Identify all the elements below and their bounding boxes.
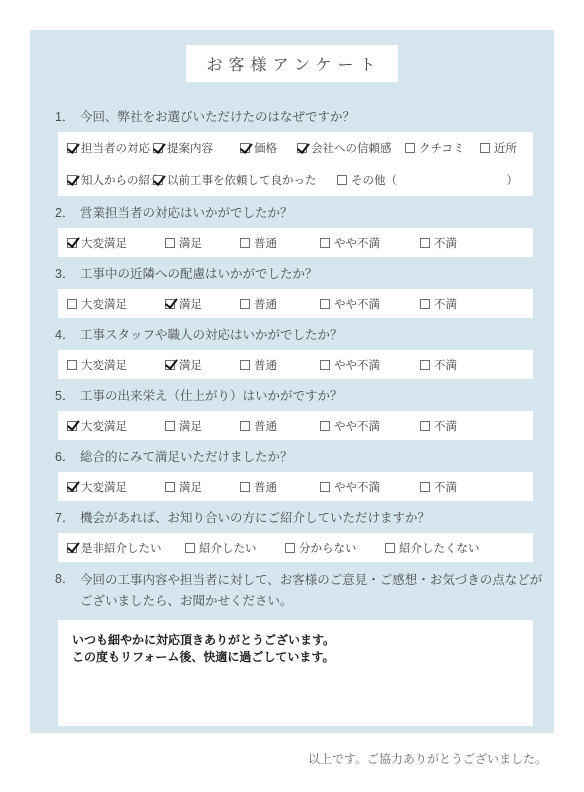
option-label: 近所 — [494, 140, 517, 156]
question-4: 4． 工事スタッフや職人の対応はいかがでしたか？ — [55, 326, 554, 344]
q1-option-6[interactable]: 近所 — [480, 140, 517, 156]
question-2: 2． 営業担当者の対応はいかがでしたか？ — [55, 204, 554, 222]
option-label: 知人からの紹介 — [81, 172, 162, 188]
checkbox-icon[interactable] — [165, 421, 175, 431]
q5-option-4[interactable]: やや不満 — [320, 418, 420, 434]
question-text: 工事の出来栄え（仕上がり）はいかがですか？ — [80, 387, 343, 405]
question-number: 1． — [55, 108, 80, 126]
checkbox-icon[interactable] — [67, 360, 77, 370]
q3-option-3[interactable]: 普通 — [240, 296, 320, 312]
options-row: 知人からの紹介 以前工事を依頼して良かった その他（） — [67, 164, 533, 196]
q2-option-2[interactable]: 満足 — [165, 235, 240, 251]
question-text: 今回、弊社をお選びいただけたのはなぜですか？ — [80, 108, 355, 126]
q3-option-4[interactable]: やや不満 — [320, 296, 420, 312]
q1-option-3[interactable]: 価格 — [240, 140, 297, 156]
option-label: 普通 — [254, 418, 277, 434]
q5-option-2[interactable]: 満足 — [165, 418, 240, 434]
question-text-line2: ございましたら、お聞かせください。 — [80, 591, 542, 612]
q4-option-2[interactable]: 満足 — [165, 357, 240, 373]
question-1-options: 担当者の対応 提案内容 価格 会社への信頼感 クチコミ 近所 知人からの紹介 以… — [58, 132, 533, 196]
checkbox-icon[interactable] — [385, 543, 395, 553]
option-label: 不満 — [434, 235, 457, 251]
q1-option-5[interactable]: クチコミ — [405, 140, 480, 156]
checkbox-icon[interactable] — [240, 299, 250, 309]
checkbox-icon[interactable] — [185, 543, 195, 553]
option-label: 満足 — [179, 357, 202, 373]
option-label: その他（ — [351, 172, 397, 188]
option-label: 大変満足 — [81, 296, 127, 312]
survey-page: お客様アンケート 1． 今回、弊社をお選びいただけたのはなぜですか？ 担当者の対… — [0, 0, 584, 792]
checkbox-icon[interactable] — [480, 143, 490, 153]
question-number: 5． — [55, 387, 80, 405]
q2-option-1[interactable]: 大変満足 — [67, 235, 165, 251]
question-number: 7． — [55, 509, 80, 527]
question-7-options: 是非紹介したい 紹介したい 分からない 紹介したくない — [58, 533, 533, 562]
options-row: 是非紹介したい 紹介したい 分からない 紹介したくない — [67, 533, 533, 562]
q3-option-1[interactable]: 大変満足 — [67, 296, 165, 312]
other-close-paren: ） — [507, 172, 519, 188]
options-row: 大変満足 満足 普通 やや不満 不満 — [67, 289, 533, 318]
checkbox-icon[interactable] — [320, 482, 330, 492]
checkbox-icon[interactable] — [67, 299, 77, 309]
question-number: 6． — [55, 448, 80, 466]
checkbox-icon[interactable] — [165, 238, 175, 248]
comment-line: いつも細やかに対応頂きありがとうございます。 — [72, 632, 519, 649]
option-label: 不満 — [434, 418, 457, 434]
option-label: 普通 — [254, 479, 277, 495]
checkbox-icon[interactable] — [165, 482, 175, 492]
option-label: 普通 — [254, 296, 277, 312]
checkbox-icon[interactable] — [165, 299, 175, 309]
checkbox-icon[interactable] — [240, 238, 250, 248]
options-row: 大変満足 満足 普通 やや不満 不満 — [67, 411, 533, 440]
page-title: お客様アンケート — [186, 45, 397, 82]
checkbox-icon[interactable] — [67, 175, 77, 185]
comment-textarea[interactable]: いつも細やかに対応頂きありがとうございます。 この度もリフォーム後、快適に過ごし… — [58, 620, 533, 726]
q7-option-4[interactable]: 紹介したくない — [385, 540, 480, 556]
checkbox-icon[interactable] — [285, 543, 295, 553]
q7-option-3[interactable]: 分からない — [285, 540, 385, 556]
checkbox-icon[interactable] — [153, 175, 163, 185]
checkbox-icon[interactable] — [420, 482, 430, 492]
question-text: 工事中の近隣への配慮はいかがでしたか？ — [80, 265, 318, 283]
q2-option-3[interactable]: 普通 — [240, 235, 320, 251]
option-label: 満足 — [179, 418, 202, 434]
option-label: 普通 — [254, 235, 277, 251]
checkbox-icon[interactable] — [240, 360, 250, 370]
question-text: 今回の工事内容や担当者に対して、お客様のご意見・ご感想・お気づきの点などが — [80, 570, 542, 591]
q4-option-1[interactable]: 大変満足 — [67, 357, 165, 373]
question-2-options: 大変満足 満足 普通 やや不満 不満 — [58, 228, 533, 257]
q1-option-4[interactable]: 会社への信頼感 — [297, 140, 405, 156]
option-label: やや不満 — [334, 479, 380, 495]
option-label: やや不満 — [334, 418, 380, 434]
options-row: 大変満足 満足 普通 やや不満 不満 — [67, 228, 533, 257]
checkbox-icon[interactable] — [67, 421, 77, 431]
q6-option-5[interactable]: 不満 — [420, 479, 457, 495]
q5-option-3[interactable]: 普通 — [240, 418, 320, 434]
checkbox-icon[interactable] — [320, 421, 330, 431]
option-label: 会社への信頼感 — [311, 140, 392, 156]
option-label: 紹介したくない — [399, 540, 480, 556]
option-label: 不満 — [434, 357, 457, 373]
options-row: 担当者の対応 提案内容 価格 会社への信頼感 クチコミ 近所 — [67, 132, 533, 164]
question-6: 6． 総合的にみて満足いただけましたか？ — [55, 448, 554, 466]
option-label: 大変満足 — [81, 235, 127, 251]
q2-option-4[interactable]: やや不満 — [320, 235, 420, 251]
options-row: 大変満足 満足 普通 やや不満 不満 — [67, 472, 533, 501]
q6-option-3[interactable]: 普通 — [240, 479, 320, 495]
question-number: 8． — [55, 570, 80, 612]
option-label: 価格 — [254, 140, 277, 156]
question-number: 2． — [55, 204, 80, 222]
option-label: 不満 — [434, 296, 457, 312]
question-number: 4． — [55, 326, 80, 344]
q4-option-3[interactable]: 普通 — [240, 357, 320, 373]
question-text: 工事スタッフや職人の対応はいかがでしたか？ — [80, 326, 343, 344]
checkbox-icon[interactable] — [67, 482, 77, 492]
option-label: 大変満足 — [81, 418, 127, 434]
option-label: 担当者の対応 — [81, 140, 150, 156]
checkbox-icon[interactable] — [67, 238, 77, 248]
question-3-options: 大変満足 満足 普通 やや不満 不満 — [58, 289, 533, 318]
options-row: 大変満足 満足 普通 やや不満 不満 — [67, 350, 533, 379]
q4-option-4[interactable]: やや不満 — [320, 357, 420, 373]
checkbox-icon[interactable] — [320, 360, 330, 370]
option-label: やや不満 — [334, 357, 380, 373]
q1-option-7[interactable]: 知人からの紹介 — [67, 172, 153, 188]
option-label: クチコミ — [419, 140, 465, 156]
question-text: 営業担当者の対応はいかがでしたか？ — [80, 204, 293, 222]
question-text: 総合的にみて満足いただけましたか？ — [80, 448, 293, 466]
question-5-options: 大変満足 満足 普通 やや不満 不満 — [58, 411, 533, 440]
checkbox-icon[interactable] — [420, 421, 430, 431]
option-label: 大変満足 — [81, 479, 127, 495]
checkbox-icon[interactable] — [153, 143, 163, 153]
q7-option-2[interactable]: 紹介したい — [185, 540, 285, 556]
checkbox-icon[interactable] — [240, 482, 250, 492]
checkbox-icon[interactable] — [297, 143, 307, 153]
option-label: 紹介したい — [199, 540, 257, 556]
option-label: 是非紹介したい — [81, 540, 162, 556]
option-label: やや不満 — [334, 296, 380, 312]
option-label: 提案内容 — [167, 140, 213, 156]
q2-option-5[interactable]: 不満 — [420, 235, 457, 251]
q6-option-2[interactable]: 満足 — [165, 479, 240, 495]
question-1: 1． 今回、弊社をお選びいただけたのはなぜですか？ — [55, 108, 554, 126]
q1-option-8[interactable]: 以前工事を依頼して良かった — [153, 172, 337, 188]
checkbox-icon[interactable] — [420, 299, 430, 309]
question-6-options: 大変満足 満足 普通 やや不満 不満 — [58, 472, 533, 501]
q6-option-4[interactable]: やや不満 — [320, 479, 420, 495]
footer-note: 以上です。ご協力ありがとうございました。 — [308, 750, 547, 767]
question-3: 3． 工事中の近隣への配慮はいかがでしたか？ — [55, 265, 554, 283]
question-4-options: 大変満足 満足 普通 やや不満 不満 — [58, 350, 533, 379]
checkbox-icon[interactable] — [67, 143, 77, 153]
checkbox-icon[interactable] — [320, 238, 330, 248]
question-number: 3． — [55, 265, 80, 283]
checkbox-icon[interactable] — [240, 143, 250, 153]
option-label: やや不満 — [334, 235, 380, 251]
q4-option-5[interactable]: 不満 — [420, 357, 457, 373]
survey-panel: お客様アンケート 1． 今回、弊社をお選びいただけたのはなぜですか？ 担当者の対… — [30, 30, 554, 733]
question-text: 機会があれば、お知り合いの方にご紹介していただけますか？ — [80, 509, 430, 527]
option-label: 不満 — [434, 479, 457, 495]
checkbox-icon[interactable] — [240, 421, 250, 431]
q6-option-1[interactable]: 大変満足 — [67, 479, 165, 495]
checkbox-icon[interactable] — [420, 238, 430, 248]
q1-option-1[interactable]: 担当者の対応 — [67, 140, 153, 156]
option-label: 普通 — [254, 357, 277, 373]
checkbox-icon[interactable] — [337, 175, 347, 185]
question-7: 7． 機会があれば、お知り合いの方にご紹介していただけますか？ — [55, 509, 554, 527]
q7-option-1[interactable]: 是非紹介したい — [67, 540, 185, 556]
checkbox-icon[interactable] — [165, 360, 175, 370]
option-label: 満足 — [179, 479, 202, 495]
checkbox-icon[interactable] — [67, 543, 77, 553]
option-label: 大変満足 — [81, 357, 127, 373]
checkbox-icon[interactable] — [405, 143, 415, 153]
question-8: 8． 今回の工事内容や担当者に対して、お客様のご意見・ご感想・お気づきの点などが… — [55, 570, 554, 612]
checkbox-icon[interactable] — [320, 299, 330, 309]
q1-option-other[interactable]: その他（） — [337, 172, 533, 188]
option-label: 分からない — [299, 540, 357, 556]
q5-option-1[interactable]: 大変満足 — [67, 418, 165, 434]
q3-option-2[interactable]: 満足 — [165, 296, 240, 312]
q5-option-5[interactable]: 不満 — [420, 418, 457, 434]
option-label: 満足 — [179, 235, 202, 251]
option-label: 以前工事を依頼して良かった — [167, 172, 317, 188]
q3-option-5[interactable]: 不満 — [420, 296, 457, 312]
comment-line: この度もリフォーム後、快適に過ごしています。 — [72, 649, 519, 666]
checkbox-icon[interactable] — [420, 360, 430, 370]
question-5: 5． 工事の出来栄え（仕上がり）はいかがですか？ — [55, 387, 554, 405]
q1-option-2[interactable]: 提案内容 — [153, 140, 240, 156]
option-label: 満足 — [179, 296, 202, 312]
